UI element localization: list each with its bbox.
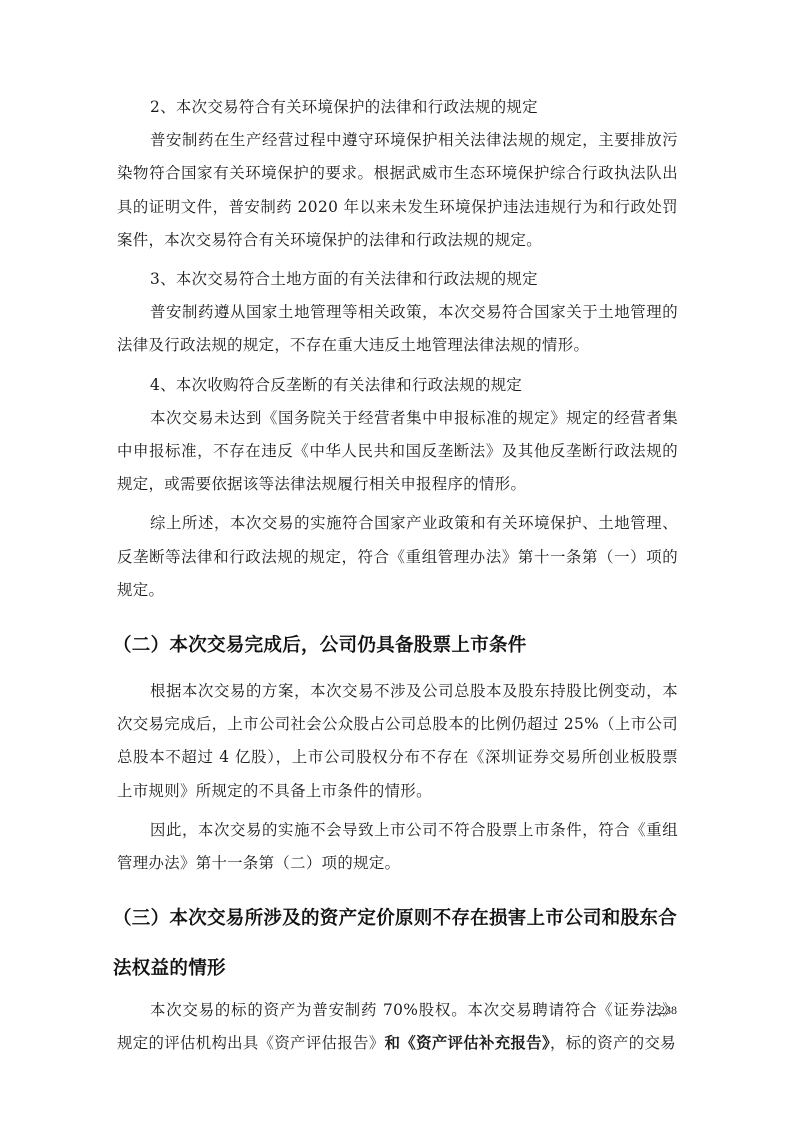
asset-pricing-bold-text: 和《资产评估补充报告》 (385, 1034, 550, 1052)
page-number: 238 (659, 1003, 677, 1018)
section-heading-asset-pricing: （三）本次交易所涉及的资产定价原则不存在损害上市公司和股东合法权益的情形 (113, 894, 678, 994)
paragraph-listing-conclusion: 因此，本次交易的实施不会导致上市公司不符合股票上市条件，符合《重组管理办法》第十… (117, 814, 678, 880)
paragraph-land: 普安制药遵从国家土地管理等相关政策，本次交易符合国家关于土地管理的法律及行政法规… (117, 296, 678, 362)
paragraph-summary: 综上所述，本次交易的实施符合国家产业政策和有关环境保护、土地管理、反垄断等法律和… (117, 507, 678, 607)
paragraph-asset-pricing: 本次交易的标的资产为普安制药 70%股权。本次交易聘请符合《证券法》规定的评估机… (117, 994, 678, 1060)
sub-item-land: 3、本次交易符合土地方面的有关法律和行政法规的规定 (117, 263, 678, 296)
document-page: 2、本次交易符合有关环境保护的法律和行政法规的规定 普安制药在生产经营过程中遵守… (0, 0, 793, 1122)
sub-item-antitrust: 4、本次收购符合反垄断的有关法律和行政法规的规定 (117, 369, 678, 402)
section-heading-listing-conditions: （二）本次交易完成后，公司仍具备股票上市条件 (113, 629, 678, 663)
paragraph-listing-conditions: 根据本次交易的方案，本次交易不涉及公司总股本及股东持股比例变动，本次交易完成后，… (117, 675, 678, 808)
paragraph-environment: 普安制药在生产经营过程中遵守环境保护相关法律法规的规定，主要排放污染物符合国家有… (117, 124, 678, 257)
asset-pricing-text-end: ，标的资产的交易 (550, 1034, 676, 1052)
paragraph-antitrust: 本次交易未达到《国务院关于经营者集中申报标准的规定》规定的经营者集中申报标准，不… (117, 402, 678, 502)
document-body: 2、本次交易符合有关环境保护的法律和行政法规的规定 普安制药在生产经营过程中遵守… (117, 91, 678, 1061)
sub-item-environment: 2、本次交易符合有关环境保护的法律和行政法规的规定 (117, 91, 678, 124)
